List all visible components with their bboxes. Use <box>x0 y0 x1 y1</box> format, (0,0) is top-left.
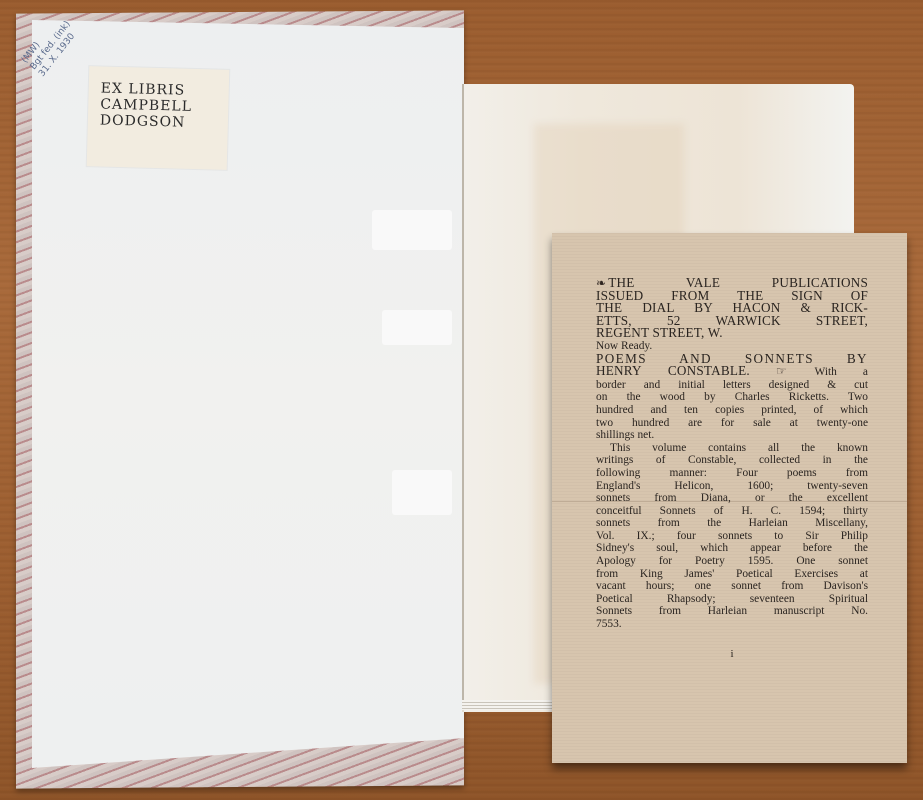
para2-line: writings of Constable, collected in the <box>596 454 868 467</box>
para1-line: border and initial letters designed & cu… <box>596 379 868 392</box>
para2-line: England's Helicon, 1600; twenty-seven <box>596 480 868 493</box>
para2-line: Poetical Rhapsody; seventeen Spiritual <box>596 593 868 606</box>
para2-line: Vol. IX.; four sonnets to Sir Philip <box>596 530 868 543</box>
para2-line: This volume contains all the known <box>596 442 868 455</box>
para2-line: sonnets from the Harleian Miscellany, <box>596 517 868 530</box>
para2-line: Apology for Poetry 1595. One sonnet <box>596 555 868 568</box>
para2-line: vacant hours; one sonnet from Davison's <box>596 580 868 593</box>
page-number: i <box>596 648 868 661</box>
para2-line: Sonnets from Harleian manuscript No. <box>596 605 868 618</box>
para2-line: following manner: Four poems from <box>596 467 868 480</box>
hinge-repair-patch <box>382 310 452 345</box>
book-gutter <box>462 84 464 704</box>
para2-line: from King James' Poetical Exercises at <box>596 568 868 581</box>
bookplate-line: DODGSON <box>100 112 228 131</box>
para2-line: Sidney's soul, which appear before the <box>596 542 868 555</box>
page-edges <box>462 700 562 710</box>
prospectus-text: ❧THE VALE PUBLICATIONS ISSUED FROM THE S… <box>596 277 868 631</box>
header-line: REGENT STREET, W. <box>596 327 868 340</box>
para1-line: two hundred are for sale at twenty-one <box>596 417 868 430</box>
para1-line: on the wood by Charles Ricketts. Two <box>596 391 868 404</box>
book-title-line-2: HENRY CONSTABLE. ☞ With a <box>596 365 868 379</box>
hand-ornament-icon: ☞ <box>776 365 787 378</box>
para1-line: shillings net. <box>596 429 868 442</box>
para2-line: sonnets from Diana, or the excellent <box>596 492 868 505</box>
prospectus-leaflet: ❧THE VALE PUBLICATIONS ISSUED FROM THE S… <box>552 233 907 763</box>
bookplate-label: EX LIBRIS CAMPBELL DODGSON <box>87 66 230 170</box>
para1-line: hundred and ten copies printed, of which <box>596 404 868 417</box>
hinge-repair-patch <box>392 470 452 515</box>
para2-line: conceitful Sonnets of H. C. 1594; thirty <box>596 505 868 518</box>
hinge-repair-patch <box>372 210 452 250</box>
para2-line: 7553. <box>596 618 868 631</box>
